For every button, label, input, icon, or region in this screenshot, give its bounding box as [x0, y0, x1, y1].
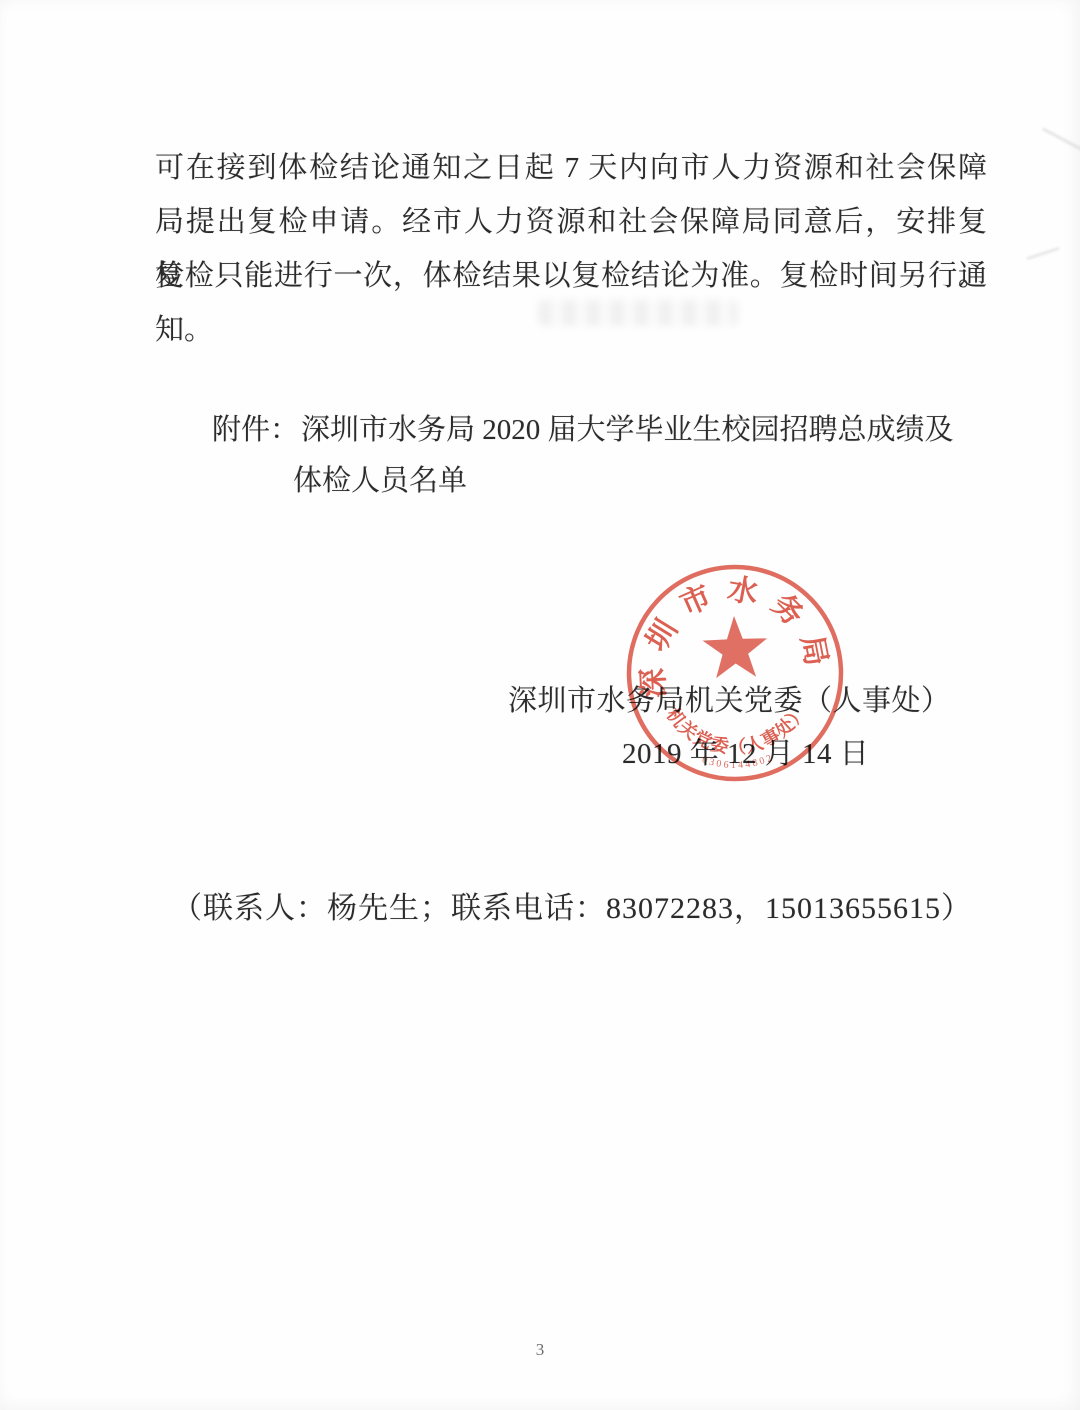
attachment-line-1: 附件：深圳市水务局 2020 届大学毕业生校园招聘总成绩及 — [212, 405, 972, 456]
official-seal-stamp: 深圳市水务局 机关党委（人事处） 0306144802 — [611, 549, 859, 797]
attachment-line-2: 体检人员名单 — [293, 456, 972, 507]
attachment-label: 附件： — [212, 414, 299, 446]
page-number: 3 — [0, 1340, 1080, 1360]
attachment-block: 附件：深圳市水务局 2020 届大学毕业生校园招聘总成绩及 体检人员名单 — [212, 405, 972, 507]
scanned-notice-page: 可在接到体检结论通知之日起 7 天内向市人力资源和社会保障 局提出复检申请。经市… — [0, 0, 1080, 1410]
paragraph-line-1: 可在接到体检结论通知之日起 7 天内向市人力资源和社会保障 — [155, 141, 987, 195]
paragraph-line-3: 复检只能进行一次，体检结果以复检结论为准。复检时间另行通 — [155, 249, 987, 303]
ink-bleed-smudge — [538, 300, 738, 326]
seal-graphic: 深圳市水务局 机关党委（人事处） 0306144802 — [611, 549, 859, 797]
attachment-title: 深圳市水务局 2020 届大学毕业生校园招聘总成绩及 — [301, 414, 954, 446]
paragraph-line-2: 局提出复检申请。经市人力资源和社会保障局同意后，安排复检。 — [155, 195, 987, 249]
seal-star-icon — [702, 615, 769, 679]
seal-inner-text: 机关党委（人事处） — [662, 699, 812, 759]
scan-crease-mark-2 — [1026, 247, 1059, 260]
contact-info-line: （联系人：杨先生；联系电话：83072283，15013655615） — [172, 883, 972, 927]
scan-crease-mark — [1042, 127, 1080, 151]
